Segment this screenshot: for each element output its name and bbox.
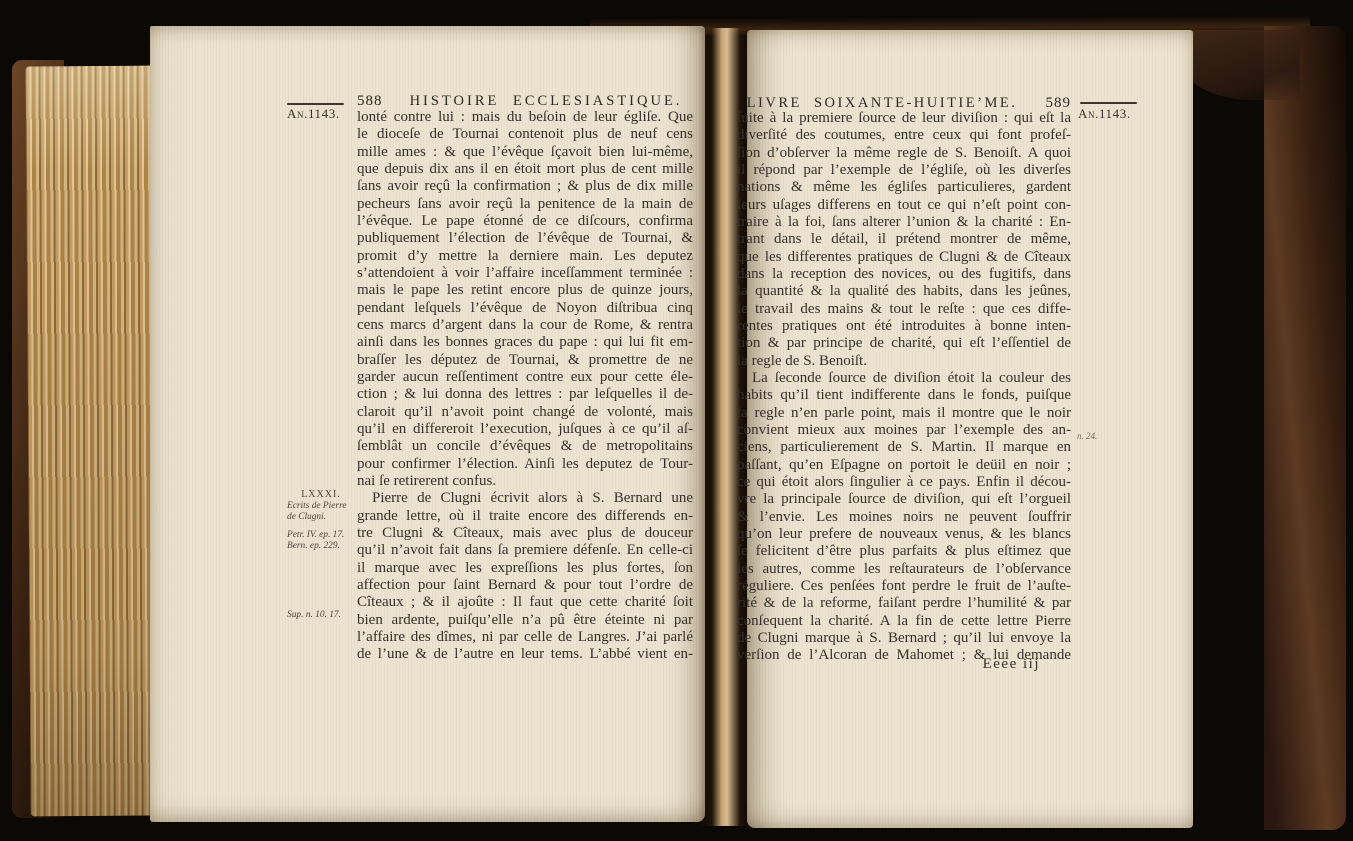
body-line: & l’envie. Les moines noirs ne peuvent ſ…	[737, 509, 1071, 526]
body-line: que les differentes pratiques de Clugni …	[737, 249, 1071, 266]
body-line: bien ardente, puiſqu’elle n’a pû être ét…	[357, 612, 693, 629]
body-line: de l’une & de l’autre en leur tems. L’ab…	[357, 646, 693, 663]
year-margin-note-left: An.1143.	[287, 106, 340, 122]
body-line: le travail des mains & tout le reſte : q…	[737, 301, 1071, 318]
body-line: Pierre de Clugni écrivit alors à S. Bern…	[357, 490, 693, 507]
body-line: qu’on leur prefere de nouveaux venus, & …	[737, 526, 1071, 543]
body-line: ſion d’obſerver la même regle de S. Beno…	[737, 145, 1071, 162]
body-line: pendant leſquels l’évêque de Noyon diſtr…	[357, 300, 693, 317]
body-line: ſans avoir reçû la confirmation ; & plus…	[357, 178, 693, 195]
body-line: promit d’y mettre la derniere main. Les …	[357, 248, 693, 265]
body-line: la regle de S. Benoiſt.	[737, 353, 1071, 370]
body-line: la regle n’en parle point, mais il montr…	[737, 405, 1071, 422]
body-line: claroit qu’il n’avoit point changé de vo…	[357, 404, 693, 421]
body-line: réguliere. Ces penſées font perdre le fr…	[737, 578, 1071, 595]
body-line: que depuis dix ans il en étoit mort plus…	[357, 161, 693, 178]
right-page-stack-edge	[1190, 40, 1276, 828]
page-number-left: 588	[357, 93, 383, 110]
body-line: ciens, particulierement de S. Martin. Il…	[737, 439, 1071, 456]
body-line: les autres, comme les reſtaurateurs de l…	[737, 561, 1071, 578]
left-page-header: 588 HISTOIRE ECCLESIASTIQUE.	[357, 93, 693, 109]
body-line: garder aucun reſſentiment contre eux pou…	[357, 369, 693, 386]
year-margin-note-right: An.1143.	[1078, 106, 1131, 122]
book-photo: An.1143. 588 HISTOIRE ECCLESIASTIQUE. lo…	[0, 0, 1353, 841]
body-line: grande lettre, où il traite encore des d…	[357, 508, 693, 525]
body-line: ce qui étoit alors ſingulier à ce pays. …	[737, 474, 1071, 491]
margin-note-n24: n. 24.	[1077, 431, 1097, 443]
body-line: il marque avec les expreſſions les plus …	[357, 560, 693, 577]
body-line: convient mieux aux moines par l’exemple …	[737, 422, 1071, 439]
body-line: qu’il n’avoit fait dans ſa premiere défe…	[357, 542, 693, 559]
body-line: Cîteaux ; & il ajoûte : Il faut que cett…	[357, 594, 693, 611]
body-line: l’évêque. Le pape étonné de ce diſcours,…	[357, 213, 693, 230]
margin-note-ref-bern: Bern. ep. 229.	[287, 541, 340, 553]
body-line: mais le pape les retint encore plus de q…	[357, 282, 693, 299]
body-line: traire à la foi, ſans alterer l’union & …	[737, 214, 1071, 231]
body-line: trant dans le détail, il prétend montrer…	[737, 231, 1071, 248]
body-line: ſe felicitent d’être plus parfaits & plu…	[737, 543, 1071, 560]
body-line: pour confirmer l’élection. Ainſi les dep…	[357, 456, 693, 473]
catchword-signature: Eeee iij	[900, 656, 1040, 673]
body-line: rentes pratiques ont été introduites à b…	[737, 318, 1071, 335]
body-line: La ſeconde ſource de diviſion étoit la c…	[737, 370, 1071, 387]
body-line: le dioceſe de Tournai contenoit plus de …	[357, 126, 693, 143]
body-line: qu’il en differeroit l’execution, juſque…	[357, 421, 693, 438]
right-page-body-text: ſuite à la premiere ſource de leur diviſ…	[737, 110, 1071, 665]
margin-note-section: LXXXI.	[287, 489, 355, 501]
running-title-left: HISTOIRE ECCLESIASTIQUE.	[399, 93, 693, 110]
body-line: ainſi dans les bonnes graces du pape : q…	[357, 334, 693, 351]
margin-rule-left	[287, 103, 344, 105]
right-page-header: LIVRE SOIXANTE-HUITIE’ME. 589	[737, 95, 1071, 111]
body-line: l’affaire des dîmes, ni par celle de Lan…	[357, 629, 693, 646]
body-line: conſequent la charité. A la fin de cette…	[737, 613, 1071, 630]
body-line: tre Clugni & Cîteaux, mais avec plus de …	[357, 525, 693, 542]
body-line: publiquement l’élection de l’évêque de T…	[357, 230, 693, 247]
margin-note-ref-sup: Sup. n. 10. 17.	[287, 610, 341, 622]
body-line: de Clugni marque à S. Bernard ; qu’il lu…	[737, 630, 1071, 647]
book-cover-right	[1264, 26, 1346, 830]
body-line: leurs uſages differens en tout ce qui n’…	[737, 197, 1071, 214]
margin-note-ref-petr: Petr. IV. ep. 17.	[287, 530, 344, 542]
left-page-stack-edge	[25, 66, 158, 817]
body-line: ſemblât un concile d’évêques & de metrop…	[357, 438, 693, 455]
body-line: il répond par l’exemple de l’égliſe, où …	[737, 162, 1071, 179]
body-line: cens marcs d’argent dans la cour de Rome…	[357, 317, 693, 334]
left-page-body-text: lonté contre lui : mais du beſoin de leu…	[357, 109, 693, 664]
body-line: nations & même les égliſes particulieres…	[737, 179, 1071, 196]
body-line: ſuite à la premiere ſource de leur diviſ…	[737, 110, 1071, 127]
body-line: lonté contre lui : mais du beſoin de leu…	[357, 109, 693, 126]
margin-note-title-line2: de Clugni.	[287, 512, 326, 524]
margin-note-title-line1: Ecrits de Pierre	[287, 501, 347, 513]
body-line: ction ; & lui donna des lettres : par le…	[357, 386, 693, 403]
body-line: habits qu’il tient indifferente dans le …	[737, 387, 1071, 404]
body-line: diverſité des coutumes, entre ceux qui f…	[737, 127, 1071, 144]
body-line: vre la principale ſource de diviſion, qu…	[737, 491, 1071, 508]
body-line: affection pour ſaint Bernard & pour tout…	[357, 577, 693, 594]
body-line: dans la reception des novices, ou des fu…	[737, 266, 1071, 283]
body-line: pecheurs ſans avoir reçû la penitence de…	[357, 196, 693, 213]
body-line: rité & de la reforme, faiſant perdre l’h…	[737, 595, 1071, 612]
body-line: la quantité & la qualité des habits, dan…	[737, 283, 1071, 300]
body-line: s’attendoient à voir l’affaire inceſſamm…	[357, 265, 693, 282]
body-line: tion & par principe de charité, qui eſt …	[737, 335, 1071, 352]
body-line: nai ſe retirerent confus.	[357, 473, 693, 490]
body-line: paſſant, qu’en Eſpagne on portoit le deü…	[737, 457, 1071, 474]
margin-rule-right	[1080, 102, 1137, 104]
body-line: braſſer les députez de Tournai, & promet…	[357, 352, 693, 369]
body-line: mille ames : & que l’évêque ſçavoit bien…	[357, 144, 693, 161]
